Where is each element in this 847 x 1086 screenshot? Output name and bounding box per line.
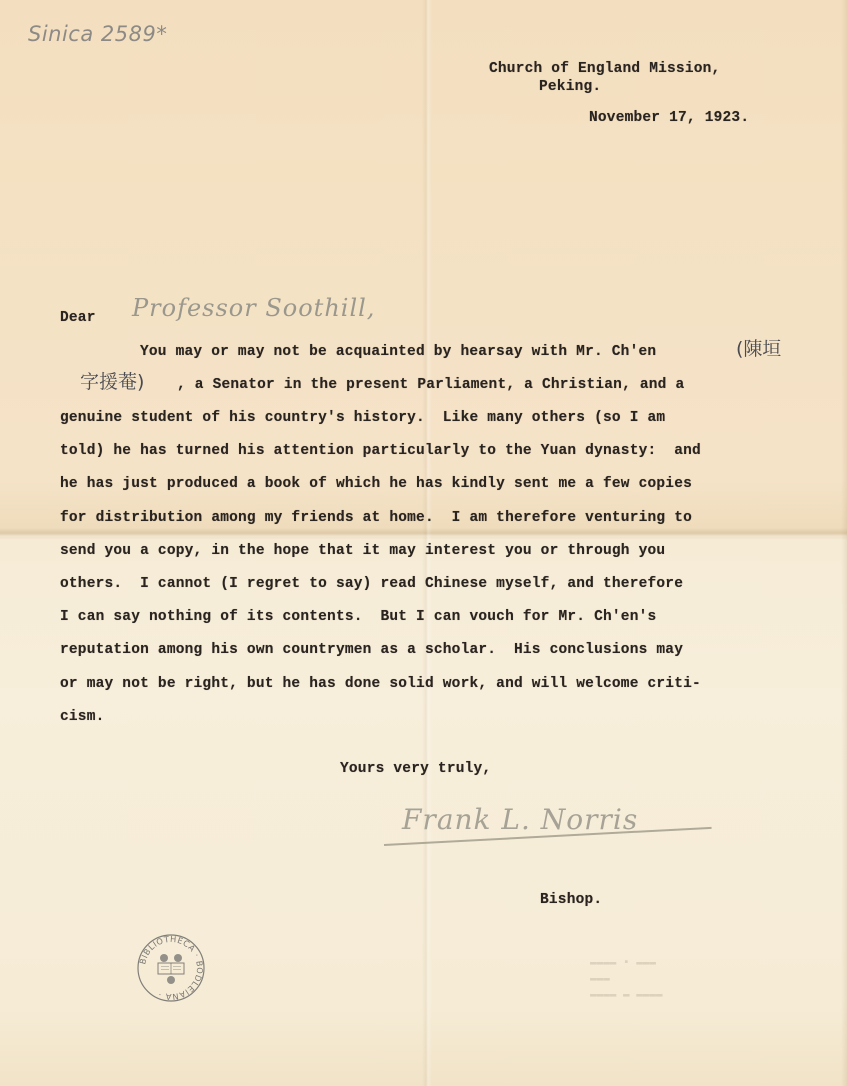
- body-line-1: You may or may not be acquainted by hear…: [140, 345, 656, 360]
- body-line-6: for distribution among my friends at hom…: [60, 511, 692, 526]
- body-line-5: he has just produced a book of which he …: [60, 477, 692, 492]
- letter-date: November 17, 1923.: [589, 111, 749, 126]
- chinese-name-handwritten-2: 字援菴): [80, 373, 144, 392]
- catalog-note: Sinica 2589*: [28, 24, 167, 45]
- body-line-3: genuine student of his country's history…: [60, 411, 665, 426]
- letterhead-organization: Church of England Mission,: [489, 62, 720, 77]
- body-line-2: , a Senator in the present Parliament, a…: [177, 378, 684, 393]
- letterhead-location: Peking.: [539, 80, 601, 95]
- body-line-8: others. I cannot (I regret to say) read …: [60, 577, 683, 592]
- salutation-dear: Dear: [60, 311, 96, 326]
- body-line-4: told) he has turned his attention partic…: [60, 444, 701, 459]
- signature-handwritten: Frank L. Norris: [402, 806, 638, 834]
- bodleian-library-stamp-icon: BIBLIOTHECA · BODLEIANA ·: [136, 933, 206, 1003]
- body-line-9: I can say nothing of its contents. But I…: [60, 610, 656, 625]
- signer-title: Bishop.: [540, 893, 602, 908]
- horizontal-fold-crease: [0, 528, 847, 538]
- body-line-11: or may not be right, but he has done sol…: [60, 677, 701, 692]
- reverse-side-bleed-through: ▬▬▬▬ ▪ ▬▬▬ ▬▬▬ ▬▬▬▬ ▬ ▬▬▬▬: [590, 955, 720, 1003]
- body-line-12: cism.: [60, 710, 105, 725]
- body-line-10: reputation among his own countrymen as a…: [60, 643, 683, 658]
- salutation-recipient-handwritten: Professor Soothill,: [132, 296, 375, 320]
- paper-edge-shadow: [841, 0, 847, 1086]
- body-line-7: send you a copy, in the hope that it may…: [60, 544, 665, 559]
- chinese-name-handwritten-1: (陳垣: [736, 340, 781, 359]
- closing: Yours very truly,: [340, 762, 491, 777]
